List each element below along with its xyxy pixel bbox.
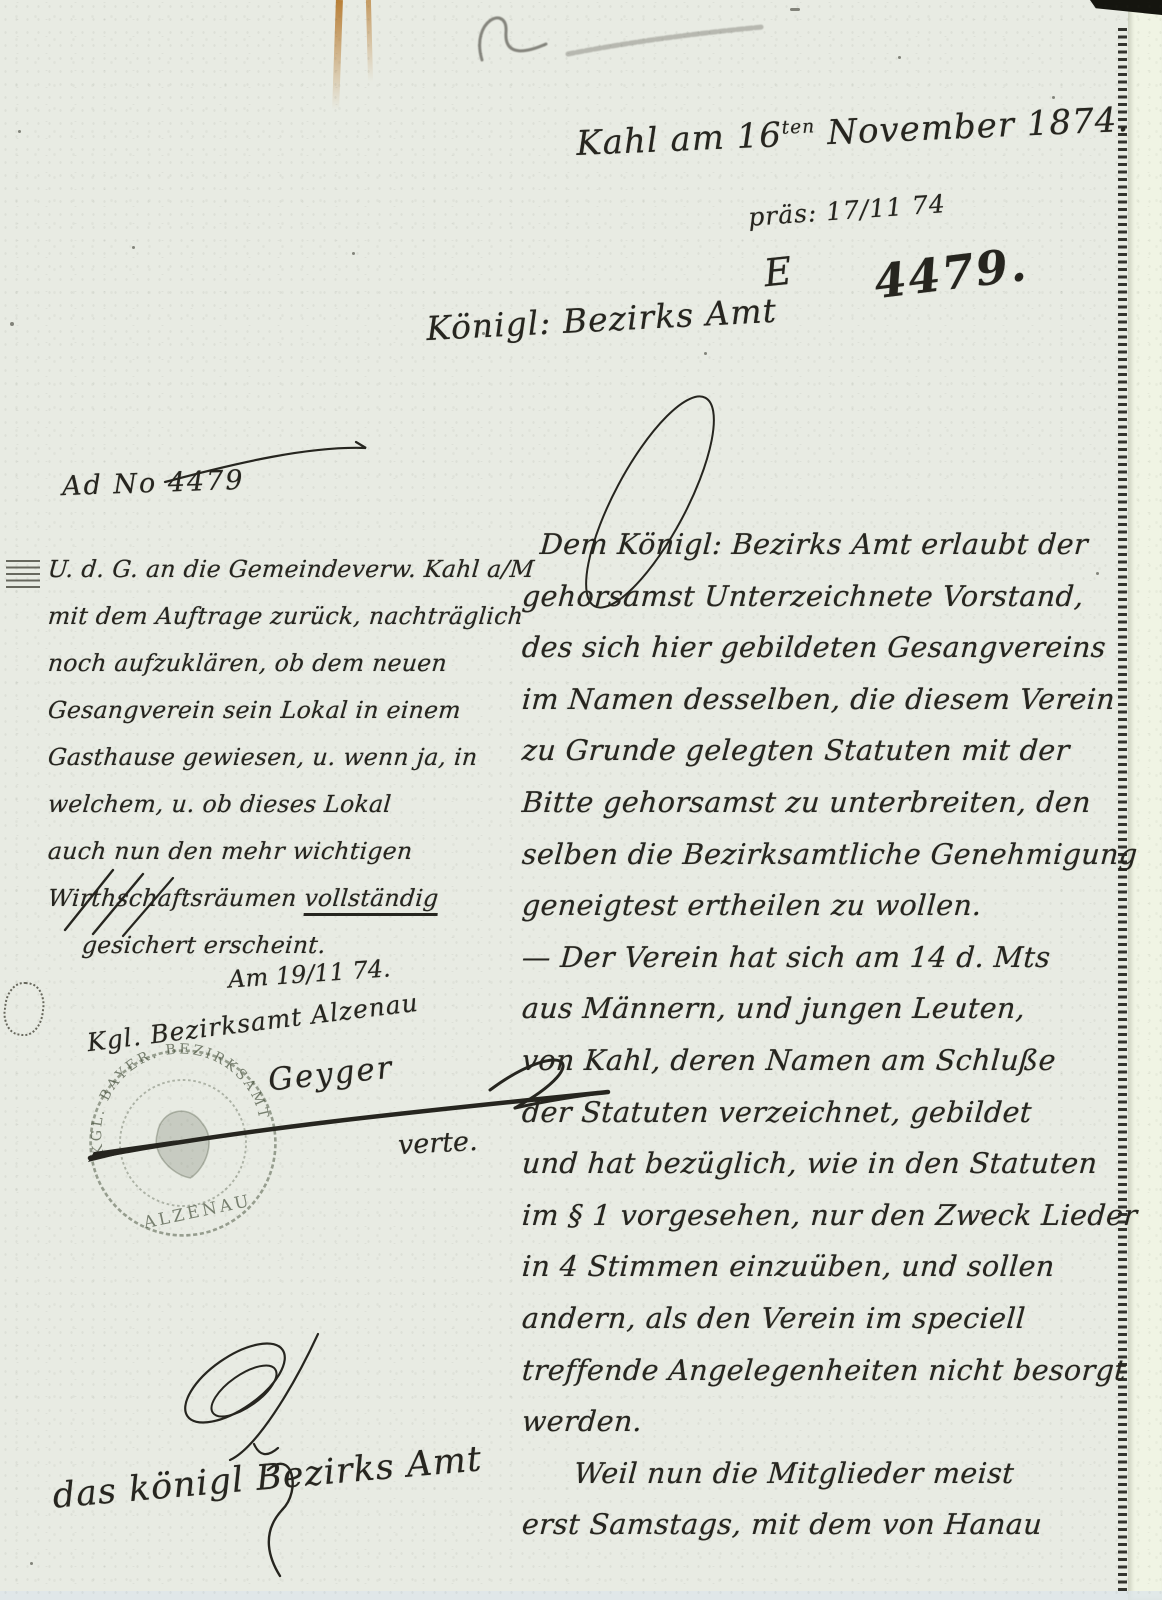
body-line: aus Männern, und jungen Leuten,: [520, 983, 1124, 1035]
margin-line: U. d. G. an die Gemeindeverw. Kahl a/M: [46, 546, 480, 593]
body-line: in 4 Stimmen einzuüben, und sollen: [520, 1241, 1124, 1293]
body-line: geneigtest ertheilen zu wollen.: [520, 880, 1124, 932]
body-line: gehorsamst Unterzeichnete Vorstand,: [520, 571, 1124, 623]
margin-line: Gesangverein sein Lokal in einem: [46, 687, 480, 734]
ink-speck: [1052, 96, 1055, 99]
rust-stain: [332, 0, 343, 110]
registry-number: 4479.: [871, 237, 1030, 309]
margin-line: welchem, u. ob dieses Lokal: [46, 781, 480, 828]
ink-speck: [898, 56, 901, 59]
ink-speck: [10, 322, 14, 326]
scan-background-strip: [1128, 0, 1162, 1600]
dateline: Kahl am 16ten November 1874.: [575, 100, 1130, 164]
body-line: erst Samstags, mit dem von Hanau: [520, 1499, 1124, 1551]
body-line: Dem Königl: Bezirks Amt erlaubt der: [538, 519, 1124, 571]
body-line: andern, als den Verein im speciell: [520, 1293, 1124, 1345]
pencil-scribble: [450, 2, 790, 72]
body-line: werden.: [520, 1396, 1124, 1448]
margin-line: Gasthause gewiesen, u. wenn ja, in: [46, 734, 480, 781]
margin-dash-artifact: [6, 560, 40, 590]
body-line: Weil nun die Mitglieder meist: [572, 1448, 1124, 1500]
ink-speck: [352, 252, 355, 255]
addressee-line: Königl: Bezirks Amt: [425, 291, 778, 348]
registry-letter: E: [762, 249, 794, 296]
dateline-month-year: November 1874.: [815, 100, 1130, 154]
margin-emph-underlined-word: vollständig: [303, 884, 440, 916]
dateline-ordinal: ten: [781, 116, 815, 138]
body-line: selben die Bezirksamtliche Genehmigung: [520, 829, 1124, 881]
praesentatum-note: präs: 17/11 74: [747, 189, 946, 232]
ink-speck: [18, 130, 21, 133]
ink-speck: [790, 8, 800, 11]
body-line: — Der Verein hat sich am 14 d. Mts: [520, 932, 1124, 984]
signature-flourish: [60, 1030, 640, 1200]
body-line: im Namen desselben, die diesem Verein: [520, 674, 1124, 726]
ink-speck: [704, 352, 707, 355]
body-line: Bitte gehorsamst zu unterbreiten, den: [520, 777, 1124, 829]
scanned-letter-page: Kahl am 16ten November 1874. präs: 17/11…: [0, 0, 1162, 1600]
body-line: zu Grunde gelegten Statuten mit der: [520, 725, 1124, 777]
reference-flourish-stroke: [160, 440, 380, 485]
ink-speck: [30, 1562, 33, 1565]
rust-stain: [366, 0, 373, 82]
ink-speck: [132, 246, 135, 249]
body-line: des sich hier gebildeten Gesangvereins: [520, 622, 1124, 674]
margin-line: noch aufzuklären, ob dem neuen: [46, 640, 480, 687]
dateline-place-day: Kahl am 16: [575, 115, 782, 164]
margin-dotted-artifact: [0, 979, 47, 1038]
scratch-marks: [55, 858, 255, 938]
scan-corner-artifact: [1090, 0, 1162, 15]
body-line: treffende Angelegenheiten nicht besorgt: [520, 1345, 1124, 1397]
margin-line: mit dem Auftrage zurück, nachträglich: [46, 593, 480, 640]
